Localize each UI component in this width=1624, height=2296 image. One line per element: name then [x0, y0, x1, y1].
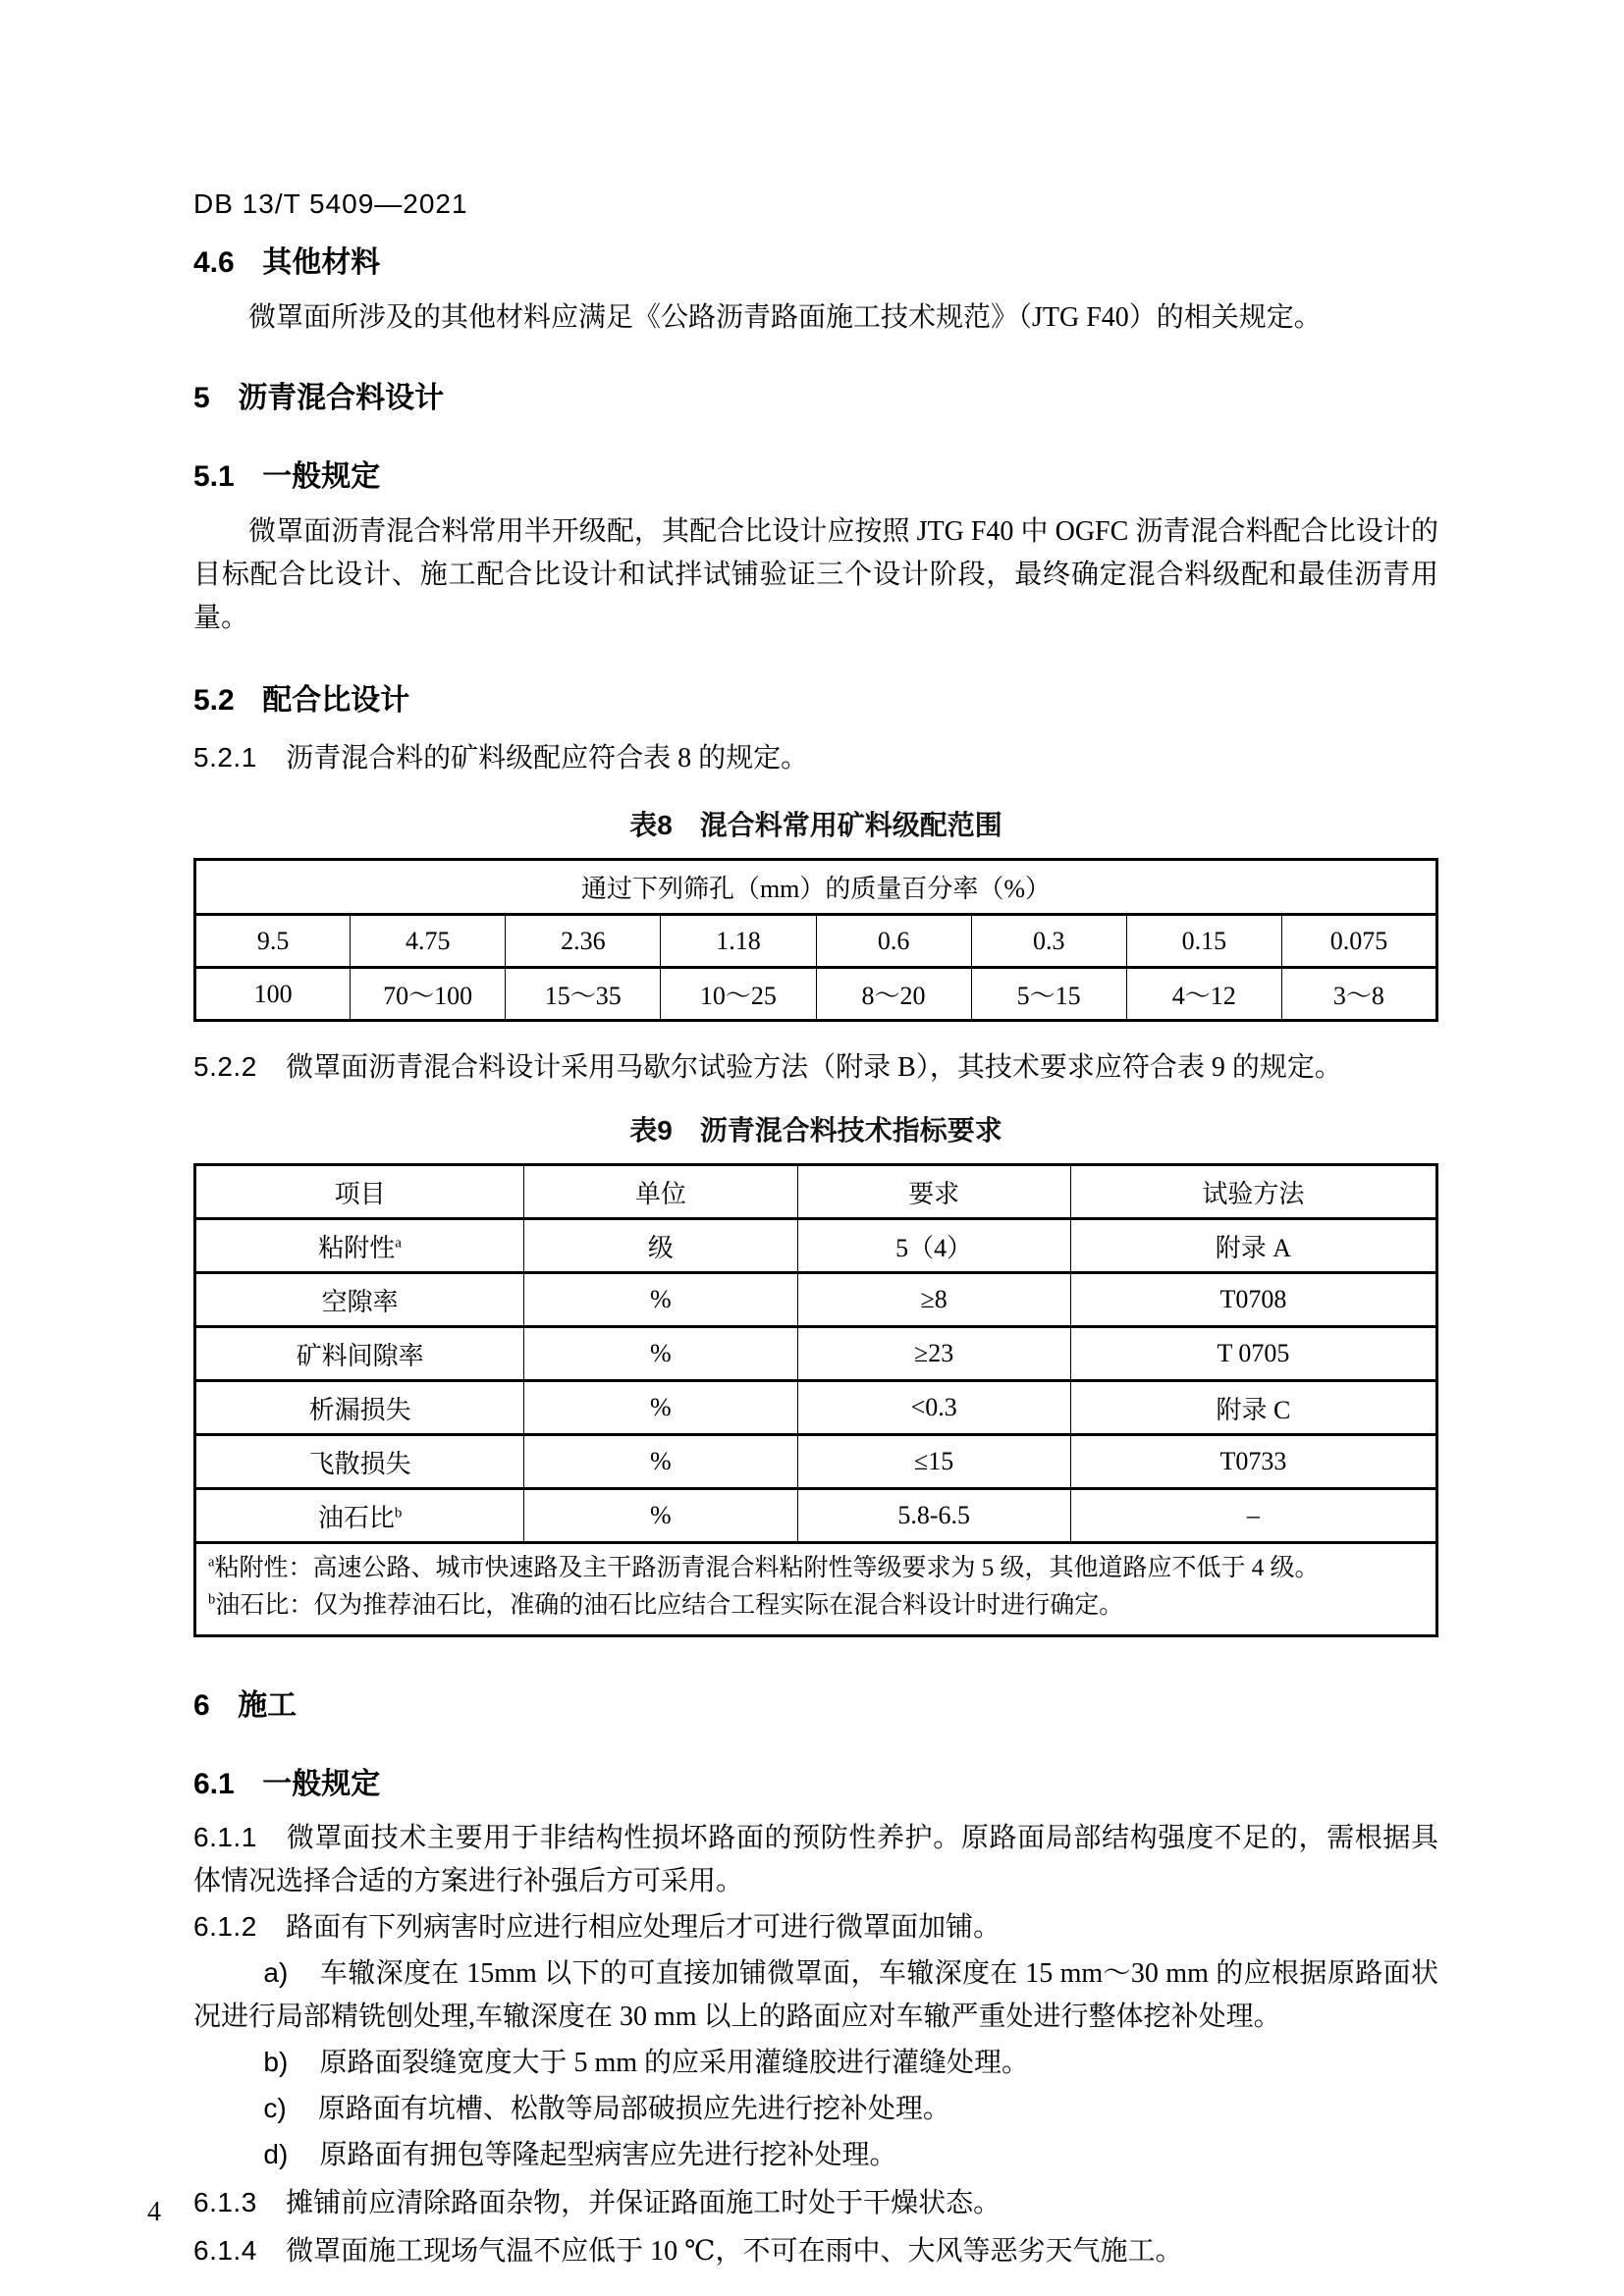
- list-text: 原路面有坑槽、松散等局部破损应先进行挖补处理。: [318, 2094, 950, 2124]
- table-cell: 3～8: [1281, 968, 1436, 1021]
- table-cell: %: [524, 1327, 797, 1381]
- table-cell: 1.18: [661, 915, 816, 968]
- table8-caption-number: 表8: [629, 810, 673, 840]
- table-row: 9.5 4.75 2.36 1.18 0.6 0.3 0.15 0.075: [195, 915, 1437, 968]
- table-row: 析漏损失 % <0.3 附录 C: [195, 1381, 1437, 1435]
- table-cell: ≥23: [797, 1327, 1070, 1381]
- table-cell: 5～15: [971, 968, 1126, 1021]
- table-row: 粘附性a 级 5（4） 附录 A: [195, 1219, 1437, 1273]
- list-label: d): [263, 2139, 288, 2169]
- clause-6-1-4: 6.1.4微罩面施工现场气温不应低于 10 ℃，不可在雨中、大风等恶劣天气施工。: [193, 2229, 1438, 2273]
- table-cell: T0733: [1070, 1435, 1436, 1489]
- section-6-1-heading: 6.1一般规定: [193, 1759, 1438, 1802]
- section-title: 沥青混合料设计: [238, 382, 444, 414]
- table-row: 通过下列筛孔（mm）的质量百分率（%）: [195, 860, 1437, 915]
- doc-code: DB 13/T 5409—2021: [193, 188, 1438, 220]
- clause-number: 6.1.3: [193, 2187, 257, 2217]
- table-cell: 飞散损失: [195, 1435, 524, 1489]
- table8-caption-title: 混合料常用矿料级配范围: [700, 810, 1002, 840]
- table-cell: 0.075: [1281, 915, 1436, 968]
- table-row: 矿料间隙率 % ≥23 T 0705: [195, 1327, 1437, 1381]
- table-cell: ≥8: [797, 1273, 1070, 1327]
- table-cell: <0.3: [797, 1381, 1070, 1435]
- section-title: 一般规定: [262, 460, 380, 493]
- table8-caption: 表8混合料常用矿料级配范围: [193, 804, 1438, 843]
- clause-number: 6.1.2: [193, 1911, 257, 1942]
- section-4-6-paragraph: 微罩面所涉及的其他材料应满足《公路沥青路面施工技术规范》（JTG F40）的相关…: [193, 296, 1438, 340]
- table9-header-cell: 要求: [797, 1165, 1070, 1219]
- table-cell: 粘附性a: [195, 1219, 524, 1273]
- table-row: 空隙率 % ≥8 T0708: [195, 1273, 1437, 1327]
- table-cell: 5（4）: [797, 1219, 1070, 1273]
- table-cell: 0.6: [816, 915, 971, 968]
- document-page: DB 13/T 5409—2021 4.6其他材料 微罩面所涉及的其他材料应满足…: [0, 0, 1624, 2296]
- clause-5-2-2: 5.2.2微罩面沥青混合料设计采用马歇尔试验方法（附录 B），其技术要求应符合表…: [193, 1045, 1438, 1090]
- clause-number: 5.2.1: [193, 742, 257, 773]
- table-cell: 8～20: [816, 968, 971, 1021]
- table-cell: 附录 A: [1070, 1219, 1436, 1273]
- list-item-a: a)车辙深度在 15mm 以下的可直接加铺微罩面，车辙深度在 15 mm～30 …: [193, 1951, 1438, 2039]
- clause-5-2-1: 5.2.1沥青混合料的矿料级配应符合表 8 的规定。: [193, 736, 1438, 780]
- section-6-heading: 6施工: [193, 1681, 1438, 1724]
- table-cell: 析漏损失: [195, 1381, 524, 1435]
- clause-number: 5.2.2: [193, 1051, 257, 1082]
- table8: 通过下列筛孔（mm）的质量百分率（%） 9.5 4.75 2.36 1.18 0…: [193, 858, 1438, 1022]
- section-5-2-heading: 5.2配合比设计: [193, 675, 1438, 719]
- section-number: 6: [193, 1689, 210, 1722]
- table-cell: 附录 C: [1070, 1381, 1436, 1435]
- clause-text: 微罩面技术主要用于非结构性损坏路面的预防性养护。原路面局部结构强度不足的，需根据…: [193, 1823, 1438, 1896]
- table9-header-cell: 项目: [195, 1165, 524, 1219]
- section-title: 施工: [238, 1689, 297, 1722]
- clause-text: 路面有下列病害时应进行相应处理后才可进行微罩面加铺。: [286, 1912, 1001, 1943]
- clause-number: 6.1.4: [193, 2235, 257, 2266]
- table-row: 油石比b % 5.8-6.5 –: [195, 1489, 1437, 1543]
- table-cell: 油石比b: [195, 1489, 524, 1543]
- table-cell: 4.75: [351, 915, 506, 968]
- table-cell: –: [1070, 1489, 1436, 1543]
- table-cell: 15～35: [506, 968, 661, 1021]
- table9-caption-title: 沥青混合料技术指标要求: [700, 1115, 1002, 1146]
- list-item-d: d)原路面有拥包等隆起型病害应先进行挖补处理。: [193, 2133, 1438, 2177]
- table9-footnotes: a粘附性：高速公路、城市快速路及主干路沥青混合料粘附性等级要求为 5 级，其他道…: [195, 1543, 1437, 1636]
- table-row: 飞散损失 % ≤15 T0733: [195, 1435, 1437, 1489]
- list-label: c): [263, 2093, 286, 2123]
- section-number: 6.1: [193, 1768, 235, 1800]
- table-cell: 70～100: [351, 968, 506, 1021]
- footnote-ref: b: [395, 1505, 403, 1521]
- table-cell: ≤15: [797, 1435, 1070, 1489]
- clause-text: 沥青混合料的矿料级配应符合表 8 的规定。: [286, 743, 808, 774]
- table9: 项目 单位 要求 试验方法 粘附性a 级 5（4） 附录 A 空隙率 % ≥8 …: [193, 1163, 1438, 1637]
- list-text: 原路面有拥包等隆起型病害应先进行挖补处理。: [319, 2140, 896, 2170]
- table9-caption-number: 表9: [629, 1115, 673, 1146]
- section-4-6-heading: 4.6其他材料: [193, 238, 1438, 281]
- list-text: 原路面裂缝宽度大于 5 mm 的应采用灌缝胶进行灌缝处理。: [319, 2048, 1029, 2078]
- section-number: 5.2: [193, 684, 235, 717]
- table-cell: 0.15: [1126, 915, 1281, 968]
- clause-text: 摊铺前应清除路面杂物，并保证路面施工时处于干燥状态。: [286, 2188, 1001, 2218]
- table-cell: 100: [195, 968, 351, 1021]
- table-cell: T0708: [1070, 1273, 1436, 1327]
- section-title: 其他材料: [262, 246, 380, 279]
- table-cell: %: [524, 1381, 797, 1435]
- clause-text: 微罩面施工现场气温不应低于 10 ℃，不可在雨中、大风等恶劣天气施工。: [286, 2236, 1182, 2267]
- table-cell: 0.3: [971, 915, 1126, 968]
- list-label: b): [263, 2047, 288, 2077]
- section-number: 4.6: [193, 246, 235, 279]
- list-label: a): [263, 1957, 288, 1988]
- table-cell: 9.5: [195, 915, 351, 968]
- section-title: 配合比设计: [262, 684, 409, 717]
- table-row: 项目 单位 要求 试验方法: [195, 1165, 1437, 1219]
- table-cell: 空隙率: [195, 1273, 524, 1327]
- footnote-ref: a: [395, 1235, 402, 1251]
- table-cell: T 0705: [1070, 1327, 1436, 1381]
- table-cell: %: [524, 1273, 797, 1327]
- clause-number: 6.1.1: [193, 1822, 257, 1852]
- table-row: a粘附性：高速公路、城市快速路及主干路沥青混合料粘附性等级要求为 5 级，其他道…: [195, 1543, 1437, 1636]
- clause-6-1-2: 6.1.2路面有下列病害时应进行相应处理后才可进行微罩面加铺。: [193, 1905, 1438, 1949]
- table-cell: 5.8-6.5: [797, 1489, 1070, 1543]
- section-title: 一般规定: [262, 1768, 380, 1800]
- section-5-1-paragraph: 微罩面沥青混合料常用半开级配，其配合比设计应按照 JTG F40 中 OGFC …: [193, 510, 1438, 640]
- table-cell: %: [524, 1435, 797, 1489]
- footnote-b: b油石比：仅为推荐油石比，准确的油石比应结合工程实际在混合料设计时进行确定。: [208, 1587, 1424, 1625]
- table-row: 100 70～100 15～35 10～25 8～20 5～15 4～12 3～…: [195, 968, 1437, 1021]
- section-number: 5: [193, 382, 210, 414]
- clause-6-1-3: 6.1.3摊铺前应清除路面杂物，并保证路面施工时处于干燥状态。: [193, 2181, 1438, 2225]
- table-cell: 4～12: [1126, 968, 1281, 1021]
- table9-caption: 表9沥青混合料技术指标要求: [193, 1109, 1438, 1148]
- table8-header-cell: 通过下列筛孔（mm）的质量百分率（%）: [195, 860, 1437, 915]
- list-text: 车辙深度在 15mm 以下的可直接加铺微罩面，车辙深度在 15 mm～30 mm…: [193, 1958, 1438, 2032]
- table-cell: 矿料间隙率: [195, 1327, 524, 1381]
- table-cell: %: [524, 1489, 797, 1543]
- table9-header-cell: 试验方法: [1070, 1165, 1436, 1219]
- table9-header-cell: 单位: [524, 1165, 797, 1219]
- section-5-heading: 5沥青混合料设计: [193, 373, 1438, 416]
- table-cell: 10～25: [661, 968, 816, 1021]
- list-item-c: c)原路面有坑槽、松散等局部破损应先进行挖补处理。: [193, 2087, 1438, 2131]
- section-5-1-heading: 5.1一般规定: [193, 452, 1438, 495]
- list-item-b: b)原路面裂缝宽度大于 5 mm 的应采用灌缝胶进行灌缝处理。: [193, 2041, 1438, 2085]
- table-cell: 级: [524, 1219, 797, 1273]
- table-cell: 2.36: [506, 915, 661, 968]
- clause-6-1-1: 6.1.1微罩面技术主要用于非结构性损坏路面的预防性养护。原路面局部结构强度不足…: [193, 1816, 1438, 1903]
- page-number: 4: [147, 2197, 161, 2228]
- footnote-a: a粘附性：高速公路、城市快速路及主干路沥青混合料粘附性等级要求为 5 级，其他道…: [208, 1550, 1424, 1587]
- section-number: 5.1: [193, 460, 235, 493]
- clause-text: 微罩面沥青混合料设计采用马歇尔试验方法（附录 B），其技术要求应符合表 9 的规…: [286, 1052, 1342, 1083]
